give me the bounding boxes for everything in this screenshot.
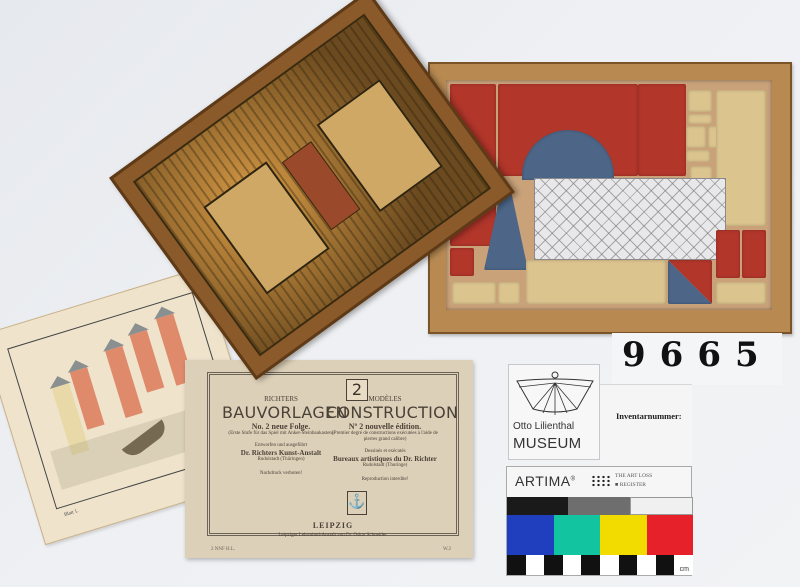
anchor-icon: ⚓ [347, 491, 367, 515]
lilienthal-glider-logo-icon [515, 369, 595, 419]
checker-brand: ARTIMA® [515, 473, 576, 489]
inventory-number: 9665 [612, 333, 782, 385]
tan-slab [686, 150, 710, 162]
scale-unit: cm [680, 566, 689, 573]
swatch-black [507, 497, 568, 515]
tan-cube [686, 126, 706, 148]
over-title: MODÈLES [326, 395, 444, 403]
museum-name-line2: MUSEUM [513, 435, 581, 452]
booklet-title-fr: CONSTRUCTION [326, 403, 444, 422]
swatch-cyan [554, 515, 601, 555]
cm-scale-bar [507, 555, 693, 575]
tan-cube [498, 282, 520, 304]
place-de: Rudolstadt (Thüringen) [222, 457, 340, 463]
booklet-german-column: RICHTERS BAUVORLAGEN No. 2 neue Folge. (… [222, 395, 340, 477]
place-fr: Rudolstadt (Thuringe) [326, 463, 444, 469]
booklet-city: LEIPZIG [210, 521, 456, 530]
booklet-french-column: MODÈLES CONSTRUCTION Nº 2 nouvelle éditi… [326, 395, 444, 483]
gray-swatch-row [507, 497, 693, 515]
booklet-imprint: Leipziger Lehrmittel-Anstalt von Dr. Osk… [210, 533, 456, 539]
print-code-right: W.2 [443, 547, 451, 552]
swatch-red [647, 515, 694, 555]
rights-fr: Reproduction interdite! [326, 477, 444, 483]
swatch-blue [507, 515, 554, 555]
color-swatch-row [507, 515, 693, 555]
art-loss-register-dots-icon [591, 475, 611, 487]
booklet-ornamental-border: 2 RICHTERS BAUVORLAGEN No. 2 neue Folge.… [207, 372, 459, 536]
red-small [450, 248, 474, 276]
publisher-fr: Bureaux artistiques du Dr. Richter [326, 455, 444, 463]
tan-slab [688, 114, 712, 124]
art-loss-register-text: THE ART LOSS■ REGISTER [615, 472, 652, 490]
swatch-gray [568, 497, 629, 515]
edition-fr: Nº 2 nouvelle édition. [326, 422, 444, 431]
museum-name-line1: Otto Lilienthal [513, 421, 574, 432]
tan-beam [526, 260, 666, 304]
note-fr: (Premier degré de constructions exécutée… [326, 431, 444, 443]
color-checker-card: ARTIMA® THE ART LOSS■ REGISTER cm [506, 466, 692, 576]
inventory-label: Inventarnummer: [616, 411, 682, 421]
booklet-title-de: BAUVORLAGEN [222, 403, 340, 422]
print-code-left: 2 NNF H.L. [211, 547, 235, 552]
tan-slab [716, 282, 766, 304]
note-de: (Erste Stufe für das Spiel mit Anker-Ste… [222, 431, 340, 437]
publisher-de: Dr. Richters Kunst-Anstalt [222, 449, 340, 457]
inventory-label-card: Inventarnummer: [600, 384, 692, 466]
plate-caption: Blatt 1. [64, 509, 80, 519]
over-title: RICHTERS [222, 395, 340, 403]
tan-cube [688, 90, 712, 112]
metal-grate-piece [534, 178, 726, 260]
edition-de: No. 2 neue Folge. [222, 422, 340, 431]
tower-illustration [130, 330, 165, 393]
rights-de: Nachdruck verboten! [222, 471, 340, 477]
red-block [742, 230, 766, 278]
swatch-white [630, 497, 693, 515]
red-block [716, 230, 740, 278]
red-block [638, 84, 686, 176]
tan-slab [452, 282, 496, 304]
museum-label: Otto Lilienthal MUSEUM [508, 364, 600, 460]
swatch-yellow [600, 515, 647, 555]
instruction-booklet: 2 RICHTERS BAUVORLAGEN No. 2 neue Folge.… [185, 360, 473, 558]
